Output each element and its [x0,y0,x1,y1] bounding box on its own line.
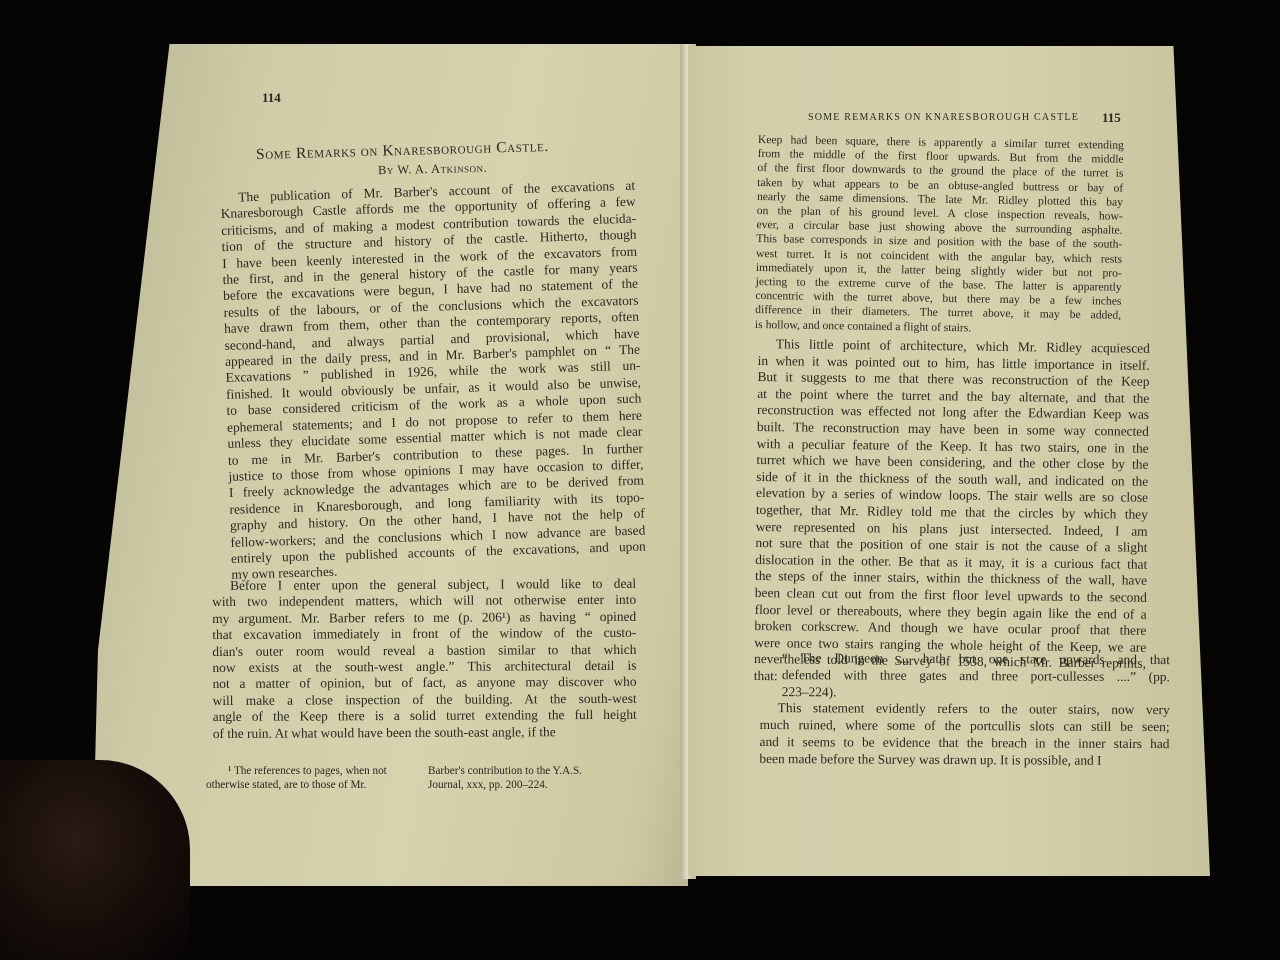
text-line: with two independent matters, which will… [212,592,636,611]
text-line: much ruined, where some of the portculli… [760,717,1170,736]
left-paragraph-2: Before I enter upon the general subject,… [212,576,637,742]
footnote-line: Barber's contribution to the Y.A.S. [428,765,628,779]
text-line: of the ruin. At what would have been the… [213,723,637,742]
holding-thumb [0,760,190,960]
right-paragraph-2: This little point of architecture, which… [754,336,1150,689]
footnote-col-1: ¹ The references to pages, when not othe… [228,765,428,792]
text-line: “ The Dungeon .... hath but one stare up… [782,650,1170,669]
footnote-line: otherwise stated, are to those of Mr. [206,779,428,793]
left-page-number: 114 [262,90,281,106]
footnote-line: Journal, xxx, pp. 200–224. [428,779,628,793]
right-paragraph-1: Keep had been square, there is apparentl… [755,133,1124,338]
text-line: not a matter of opinion, but of fact, as… [213,674,637,693]
text-line: angle of the Keep there is a solid turre… [213,707,637,726]
right-paragraph-3: This statement evidently refers to the o… [759,700,1169,769]
text-line: been made before the Survey was drawn up… [759,751,1169,770]
right-page-number: 115 [1102,110,1121,126]
text-line: and it seems to be evidence that the bre… [759,734,1169,753]
footnote-line: ¹ The references to pages, when not [228,765,428,779]
text-line: defended with three gates and three port… [782,667,1170,686]
right-quote-and-paragraph-3: “ The Dungeon .... hath but one stare up… [759,650,1170,770]
footnote-col-2: Barber's contribution to the Y.A.S. Jour… [428,765,628,792]
running-head: Some Remarks on Knaresborough Castle [808,112,1079,123]
text-line: 223–224). [782,684,1170,703]
left-paragraph-1: The publication of Mr. Barber's account … [220,178,646,584]
open-book-spread: 114 Some Remarks on Knaresborough Castle… [0,0,1280,960]
text-line: that excavation immediately in front of … [212,625,636,644]
text-line: This statement evidently refers to the o… [760,700,1170,719]
article-byline: By W. A. Atkinson. [378,161,487,178]
block-quote: “ The Dungeon .... hath but one stare up… [760,650,1170,703]
